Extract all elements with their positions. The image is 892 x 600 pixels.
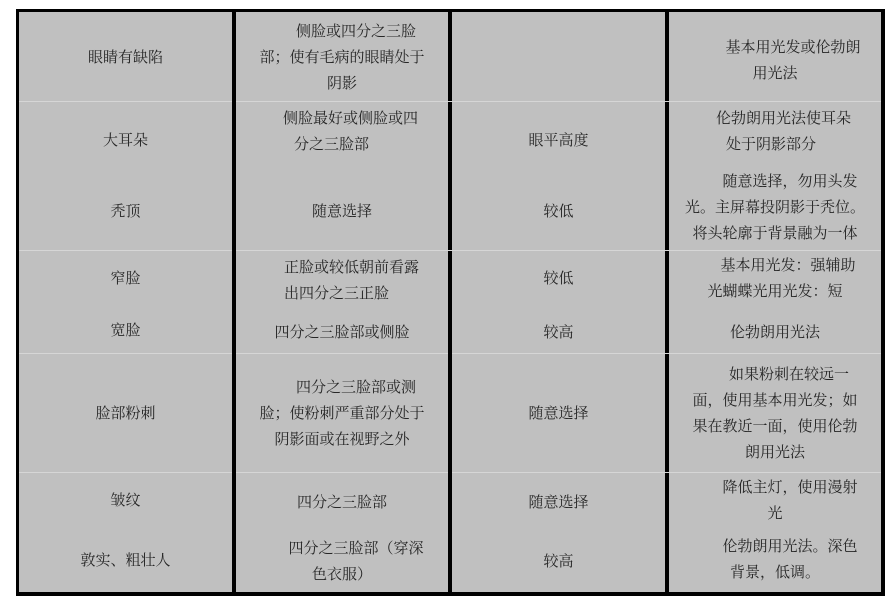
cell-text: 眼平高度 <box>528 127 588 153</box>
column-camera-height: 眼平高度 较低 较低 较高 随意选择 随意选择 较高 <box>452 12 665 592</box>
cell-problem: 大耳朵 <box>19 101 232 179</box>
cell-pose: 四分之三脸部 <box>236 472 448 532</box>
cell-lighting: 基本用光发或伦勃朗 用光法 <box>669 12 881 101</box>
column-problem: 眼睛有缺陷 大耳朵 秃顶 窄脸 宽脸 脸部粉刺 皱纹 敦实、粗壮人 <box>19 12 232 592</box>
cell-lighting: 随意选择，勿用头发 光。主屏幕投阴影于秃位。 将头轮廓于背景融为一体 <box>669 164 881 250</box>
cell-problem: 皱纹 <box>19 472 232 527</box>
cell-text: 随意选择，勿用头发 <box>692 168 857 194</box>
cell-text: 光蝴蝶光用光发：短 <box>707 278 842 304</box>
cell-text: 基本用光发：强辅助 <box>694 252 855 278</box>
cell-text: 降低主灯，使用漫射 <box>692 474 857 500</box>
cell-text: 用光法 <box>752 60 797 86</box>
cell-text: 随意选择 <box>528 400 588 426</box>
column-lighting: 基本用光发或伦勃朗 用光法 伦勃朗用光法使耳朵 处于阴影部分 随意选择，勿用头发… <box>669 12 881 592</box>
cell-problem: 秃顶 <box>19 172 232 250</box>
cell-text: 眼睛有缺陷 <box>88 44 163 70</box>
cell-camera-height: 眼平高度 <box>452 101 665 179</box>
cell-text: 朗用光法 <box>745 439 805 465</box>
cell-camera-height: 随意选择 <box>452 353 665 472</box>
cell-camera-height: 较低 <box>452 172 665 250</box>
cell-camera-height <box>452 12 665 101</box>
cell-text: 侧脸最好或侧脸或四 <box>283 105 418 131</box>
cell-text: 阴影面或在视野之外 <box>274 426 409 452</box>
cell-text: 四分之三脸部或测 <box>268 374 416 400</box>
cell-problem: 宽脸 <box>19 306 232 353</box>
cell-text: 较低 <box>543 198 573 224</box>
cell-text: 果在教近一面，使用伦勃 <box>692 413 857 439</box>
cell-text: 面，使用基本用光发；如 <box>692 387 857 413</box>
cell-text: 背景，低调。 <box>730 559 820 585</box>
cell-camera-height: 随意选择 <box>452 472 665 532</box>
cell-text: 阴影 <box>327 70 357 96</box>
cell-text: 较高 <box>543 548 573 574</box>
cell-camera-height: 较高 <box>452 310 665 353</box>
cell-text: 四分之三脸部 <box>297 489 387 515</box>
cell-text: 如果粉刺在较远一 <box>701 361 849 387</box>
cell-text: 较高 <box>543 319 573 345</box>
column-pose: 侧脸或四分之三脸 部；使有毛病的眼睛处于 阴影 侧脸最好或侧脸或四 分之三脸部 … <box>236 12 448 592</box>
cell-text: 光。主屏幕投阴影于秃位。 <box>685 194 865 220</box>
cell-text: 处于阴影部分 <box>726 131 816 157</box>
cell-text: 窄脸 <box>110 265 140 291</box>
cell-lighting: 伦勃朗用光法使耳朵 处于阴影部分 <box>669 101 881 161</box>
cell-text: 基本用光发或伦勃朗 <box>689 34 860 60</box>
cell-problem: 敦实、粗壮人 <box>19 527 232 592</box>
cell-problem: 眼睛有缺陷 <box>19 12 232 101</box>
cell-text: 伦勃朗用光法使耳朵 <box>716 105 851 131</box>
cell-text: 皱纹 <box>110 487 140 513</box>
cell-text: 正脸或较低朝前看露 <box>284 254 419 280</box>
cell-lighting: 伦勃朗用光法。深色 背景，低调。 <box>669 528 881 590</box>
cell-camera-height: 较低 <box>452 250 665 306</box>
cell-pose: 四分之三脸部或测 脸；使粉刺严重部分处于 阴影面或在视野之外 <box>236 353 448 472</box>
cell-text: 随意选择 <box>528 489 588 515</box>
cell-pose: 正脸或较低朝前看露 出四分之三正脸 <box>236 250 448 310</box>
cell-pose: 随意选择 <box>236 172 448 250</box>
cell-lighting: 如果粉刺在较远一 面，使用基本用光发；如 果在教近一面，使用伦勃 朗用光法 <box>669 353 881 472</box>
cell-lighting: 降低主灯，使用漫射 光 <box>669 472 881 528</box>
cell-text: 四分之三脸部或侧脸 <box>274 319 409 345</box>
cell-text: 伦勃朗用光法。深色 <box>692 533 857 559</box>
lighting-guide-table: 眼睛有缺陷 大耳朵 秃顶 窄脸 宽脸 脸部粉刺 皱纹 敦实、粗壮人 侧脸或四分之… <box>16 9 885 596</box>
cell-text: 秃顶 <box>110 198 140 224</box>
cell-text: 脸部粉刺 <box>95 400 155 426</box>
cell-text: 大耳朵 <box>103 127 148 153</box>
cell-problem: 窄脸 <box>19 250 232 306</box>
cell-lighting: 伦勃朗用光法 <box>669 310 881 353</box>
cell-pose: 四分之三脸部或侧脸 <box>236 310 448 353</box>
cell-text: 光 <box>767 500 782 526</box>
cell-text: 色衣服） <box>312 561 372 587</box>
cell-lighting: 基本用光发：强辅助 光蝴蝶光用光发：短 <box>669 250 881 306</box>
cell-text: 较低 <box>543 265 573 291</box>
cell-text: 出四分之三正脸 <box>284 280 389 306</box>
cell-pose: 侧脸或四分之三脸 部；使有毛病的眼睛处于 阴影 <box>236 12 448 101</box>
cell-text: 侧脸或四分之三脸 <box>268 18 416 44</box>
cell-text: 伦勃朗用光法 <box>730 319 820 345</box>
cell-text: 四分之三脸部（穿深 <box>260 535 423 561</box>
cell-text: 宽脸 <box>110 317 140 343</box>
cell-text: 部；使有毛病的眼睛处于 <box>259 44 424 70</box>
cell-pose: 四分之三脸部（穿深 色衣服） <box>236 530 448 592</box>
cell-text: 脸；使粉刺严重部分处于 <box>259 400 424 426</box>
cell-camera-height: 较高 <box>452 530 665 592</box>
cell-text: 随意选择 <box>312 198 372 224</box>
cell-pose: 侧脸最好或侧脸或四 分之三脸部 <box>236 101 448 161</box>
cell-text: 分之三脸部 <box>294 131 369 157</box>
cell-problem: 脸部粉刺 <box>19 353 232 472</box>
cell-text: 敦实、粗壮人 <box>80 547 170 573</box>
cell-text: 将头轮廓于背景融为一体 <box>692 220 857 246</box>
